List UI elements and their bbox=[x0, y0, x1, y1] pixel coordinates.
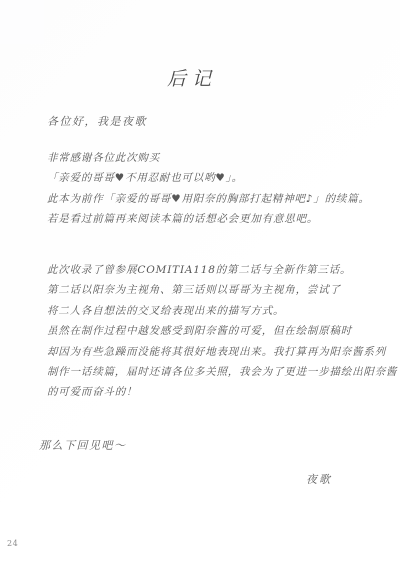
text-line: 若是看过前篇再来阅读本篇的话想必会更加有意思吧。 bbox=[47, 209, 370, 229]
text-line: 制作一话续篇，届时还请各位多关照，我会为了更进一步描绘出阳奈酱 bbox=[47, 362, 397, 382]
paragraph-thanks: 非常感谢各位此次购买 「亲爱的哥哥♥不用忍耐也可以哟♥」。 此本为前作「亲爱的哥… bbox=[47, 148, 370, 230]
text-line: 「亲爱的哥哥♥不用忍耐也可以哟♥」。 bbox=[47, 168, 370, 188]
text-line: 此本为前作「亲爱的哥哥♥用阳奈的胸部打起精神吧♪」的续篇。 bbox=[47, 189, 370, 209]
closing-line: 那么下回见吧～ bbox=[39, 437, 127, 453]
text-line: 的可爱而奋斗的！ bbox=[47, 382, 397, 402]
paragraph-production-notes: 此次收录了曾参展COMITIA118的第二话与全新作第三话。 第二话以阳奈为主视… bbox=[47, 260, 397, 403]
text-line: 却因为有些急躁而没能将其很好地表现出来。我打算再为阳奈酱系列 bbox=[47, 342, 397, 362]
greeting-line: 各位好，我是夜歌 bbox=[47, 113, 147, 129]
text-line: 非常感谢各位此次购买 bbox=[47, 148, 370, 168]
author-signature: 夜歌 bbox=[306, 471, 332, 487]
page-title: 后记 bbox=[0, 64, 384, 91]
text-line: 虽然在制作过程中越发感受到阳奈酱的可爱，但在绘制原稿时 bbox=[47, 321, 397, 341]
page-number: 24 bbox=[7, 539, 18, 548]
text-line: 将二人各自想法的交叉给表现出来的描写方式。 bbox=[47, 301, 397, 321]
scan-corner-artifact bbox=[0, 0, 44, 44]
text-line: 此次收录了曾参展COMITIA118的第二话与全新作第三话。 bbox=[47, 260, 397, 280]
scanned-afterword-page: 后记 各位好，我是夜歌 非常感谢各位此次购买 「亲爱的哥哥♥不用忍耐也可以哟♥」… bbox=[0, 0, 400, 565]
text-line: 第二话以阳奈为主视角、第三话则以哥哥为主视角，尝试了 bbox=[47, 280, 397, 300]
